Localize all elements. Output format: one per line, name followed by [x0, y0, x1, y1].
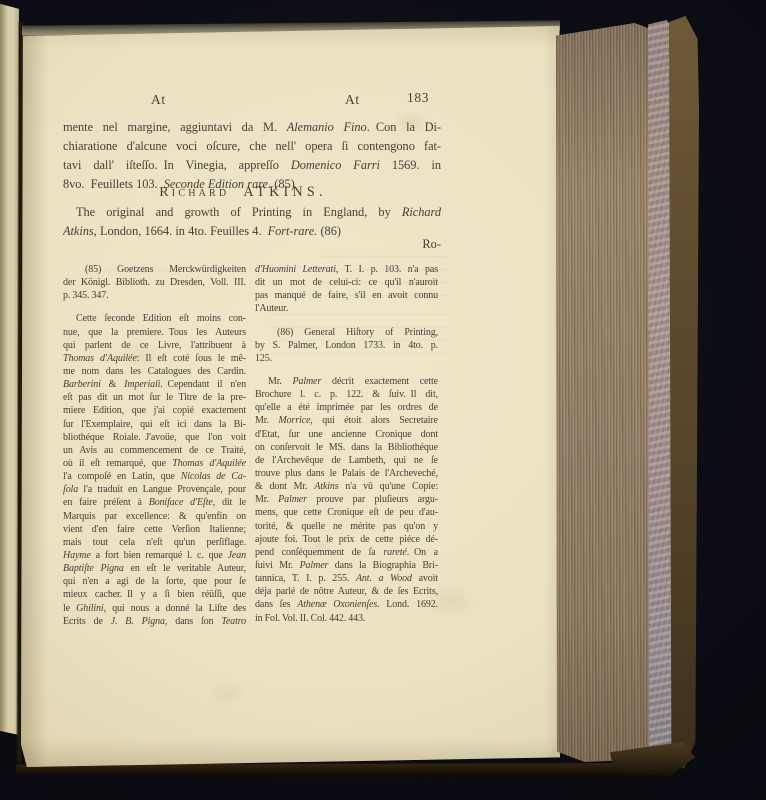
line-gap: [255, 365, 438, 375]
text-line: Marquis par excellence: & qu'enfin on: [63, 510, 246, 523]
text-line: ſola l'a traduit en Langue Provençale, p…: [63, 483, 246, 496]
text-line: Mr. Palmer décrit exactement cette: [255, 375, 438, 388]
text-line: nue, que la premiere. Tous les Auteurs: [63, 326, 246, 339]
text-line: bliothéque Roiale. J'avoüe, que l'on voi…: [63, 431, 246, 444]
text-line: (86) General Hiſtory of Printing,: [255, 326, 438, 339]
text-line: Mr. Morrice, qui étoit alors Secretaire: [255, 414, 438, 427]
entry-heading-surname: Atkins.: [243, 184, 326, 200]
book-page: At At 183 mente nel margine, aggiuntavi …: [21, 26, 560, 767]
catchword: Ro-: [63, 237, 441, 252]
text-line: me nom dans les Catalogues des Cardin.: [63, 365, 246, 378]
text-line: Ecrits de J. B. Pigna, dans ſon Teatro: [63, 615, 246, 628]
text-line: der Königl. Biblioth. zu Dresden, Voll. …: [63, 276, 246, 289]
text-line: qui parlent de ce Livre, l'attribuent à: [63, 339, 246, 352]
text-line: l'a compoſé en Latin, que Nicolas de Ca-: [63, 470, 246, 483]
text-line: Cette ſeconde Edition eſt moins con-: [63, 312, 246, 325]
text-line: tannica, T. I. p. 255. Ant. a Wood avoit: [255, 572, 438, 585]
text-line: en faire préſent à Boniface d'Eſte, dit …: [63, 496, 246, 509]
line-gap: [255, 316, 438, 326]
text-line: mieux cacher. Il y a ſi bien réüſſi, que: [63, 588, 246, 601]
text-line: déja parlé de nôtre Auteur, & de ſes Ecr…: [255, 585, 438, 598]
page-number: 183: [407, 90, 429, 106]
text-line: Brochure l. c. p. 122. & ſuiv. Il dit,: [255, 388, 438, 401]
text-line: où il eſt remarqué, que Thomas d'Aquilée: [63, 457, 246, 470]
running-title-right: At: [345, 92, 360, 108]
leather-cover-board: [669, 16, 699, 772]
text-line: p. 345. 347.: [63, 289, 246, 302]
text-line: mente nel margine, aggiuntavi da M. Alem…: [63, 118, 441, 137]
text-line: eſt pas dit un mot ſur le Titre de la pr…: [63, 391, 246, 404]
text-line: Mr. Palmer prouve par pluſieurs argu-: [255, 493, 438, 506]
text-line: d'Etat, ſur une ancienne Cronique dont: [255, 428, 438, 441]
text-line: (85) Goetzens Merckwürdigkeiten: [63, 263, 246, 276]
line-gap: [63, 302, 246, 312]
text-line: trouve plus dans le Palais de l'Archevec…: [255, 467, 438, 480]
text-line: l'Auteur.: [255, 302, 438, 315]
text-line: pas manqué de faire, s'il en avoit connu: [255, 289, 438, 302]
footnote-left-column: (85) Goetzens Merckwürdigkeitender König…: [63, 263, 246, 628]
text-line: de l'Archevêque de Lambeth, qui ne ſe: [255, 454, 438, 467]
text-line: qui n'en a agi de la ſorte, que pour ſe: [63, 575, 246, 588]
text-line: mais tout cela n'eſt qu'un perſiflage.: [63, 536, 246, 549]
running-title-left: At: [151, 92, 166, 108]
text-line: Barberini & Imperiali. Cependant il n'en: [63, 378, 246, 391]
entry-paragraph: The original and growth of Printing in E…: [63, 203, 441, 241]
text-line: torité, & quelle ne mérite pas qu'on y: [255, 520, 438, 533]
footnote-right-column: d'Huomini Letterati, T. I. p. 103. n'a p…: [255, 263, 438, 625]
text-line: Thomas d'Aquilée: Il eſt coté ſous le mê…: [63, 352, 246, 365]
text-line: qu'elle a été imprimée par les ordres de: [255, 401, 438, 414]
text-line: dit un mot de celui-ci: ce qu'il n'auroi…: [255, 276, 438, 289]
book-photo-scene: At At 183 mente nel margine, aggiuntavi …: [0, 0, 766, 800]
entry-heading: RichardAtkins.: [63, 183, 423, 201]
text-line: chiaratione d'alcune voci oſcure, che ne…: [63, 137, 441, 156]
text-line: 125.: [255, 352, 438, 365]
text-line: miere Edition, que j'ai copié exactement: [63, 404, 246, 417]
text-line: ſur l'Exemplaire, qui eſt ici dans la Bi…: [63, 418, 246, 431]
text-line: tavi dall' iſteſſo. In Vinegia, appreſſo…: [63, 156, 441, 175]
text-line: ſuivi Mr. Palmer dans la Biographia Bri-: [255, 559, 438, 572]
text-line: Hayme a fort bien remarqué l. c. que Jea…: [63, 549, 246, 562]
text-line: on conſervoit le MS. dans la Bibliothéqu…: [255, 441, 438, 454]
text-line: mens, que cette Cronique eſt de peu d'au…: [255, 506, 438, 519]
text-line: in Fol. Vol. II. Col. 442. 443.: [255, 612, 438, 625]
fore-edge-pages: [556, 23, 652, 765]
entry-heading-first-name: Richard: [159, 185, 229, 200]
text-line: le Ghilini, qui nous a donné la Liſte de…: [63, 602, 246, 615]
text-line: The original and growth of Printing in E…: [63, 203, 441, 222]
text-line: dans ſes Athenæ Oxonienſes. Lond. 1692.: [255, 598, 438, 611]
text-line: & dont Mr. Atkins n'a vû qu'une Copie:: [255, 480, 438, 493]
text-line: by S. Palmer, London 1733. in 4to. p.: [255, 339, 438, 352]
text-line: vient d'en faire cette Verſion Italienne…: [63, 523, 246, 536]
text-line: ajoute foi. Tout le prix de cette piéce …: [255, 533, 438, 546]
text-line: pend conſéquemment de ſa rareté. On a: [255, 546, 438, 559]
text-line: d'Huomini Letterati, T. I. p. 103. n'a p…: [255, 263, 438, 276]
text-line: un Avis au commencement de ce Traité,: [63, 444, 246, 457]
text-line: Baptiſte Pigna en eſt le veritable Auteu…: [63, 562, 246, 575]
